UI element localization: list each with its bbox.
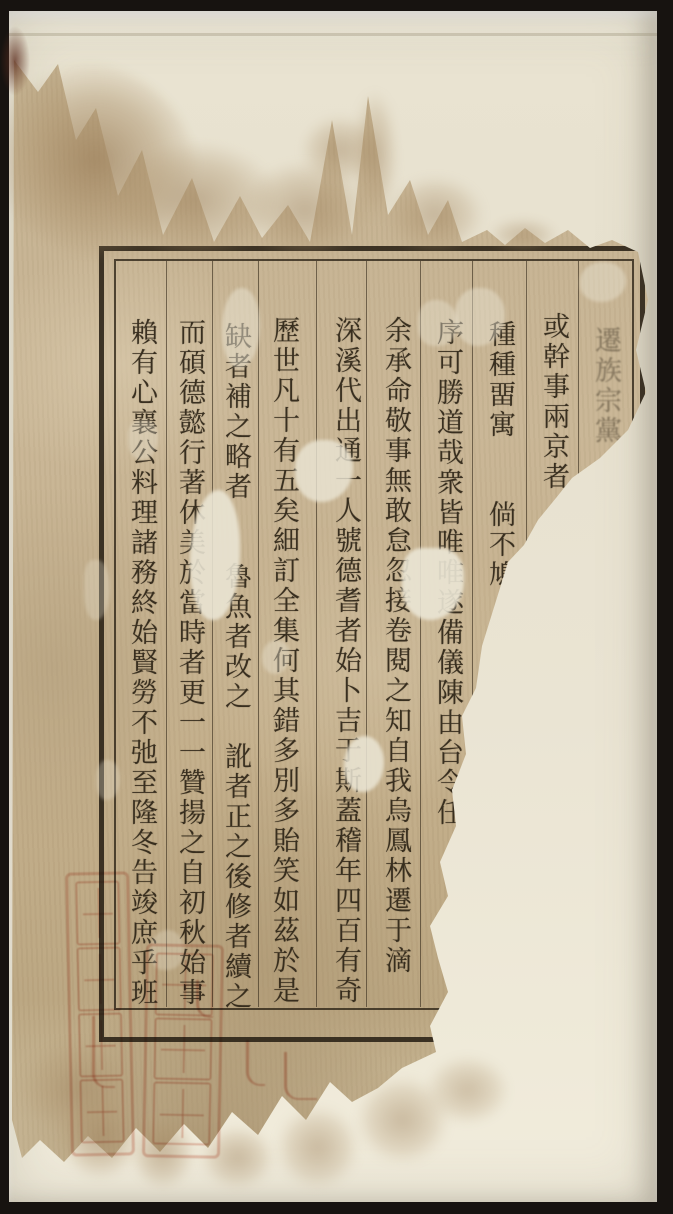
red-seal-fragment [246,1040,265,1086]
seal-glyph-block [77,947,122,1012]
dark-corner-blemish [0,26,30,96]
seal-glyph-block [75,881,120,946]
column-divider [212,261,213,1007]
red-seal-fragment [196,980,213,1018]
text-column-6: 深溪代出通一人號德耆者始卜吉于斯蓋稽年四百有奇 [324,316,368,1010]
red-seal-fragment [284,1052,317,1100]
column-divider [316,261,317,1007]
column-divider [258,261,259,1007]
tall-red-seal-left [65,871,135,1156]
damage-hole [418,300,458,346]
seal-glyph-block [152,1082,211,1146]
photo-edge-left [0,0,9,1214]
photo-edge-bottom [0,1202,673,1214]
water-stain [385,175,485,255]
seal-glyph-block [153,1017,212,1081]
red-seal-fragment [92,1016,115,1088]
text-column-9: 而碩德懿行著休美於當時者更一一贊揚之自初秋始事 [168,318,212,1010]
text-column-5: 余承命敬事無敢怠忽接卷閱之知自我烏鳳林遷于滴 [374,316,418,1010]
seal-glyph-block [79,1079,124,1144]
column-divider [420,261,421,1007]
column-divider [166,261,167,1007]
text-column-8: 缺者補之略者 魯魚者改之 訛者正之後修者續之 [214,322,258,1010]
photo-edge-top [0,0,673,11]
photo-edge-right [657,0,673,1214]
red-seal-right [142,943,224,1158]
scanned-book-page: 遷族宗黨或幹事兩京者種種畱寓 倘不鳩序可勝道哉衆皆唯唯遂備儀陳由台令任余承命敬事… [0,0,673,1214]
